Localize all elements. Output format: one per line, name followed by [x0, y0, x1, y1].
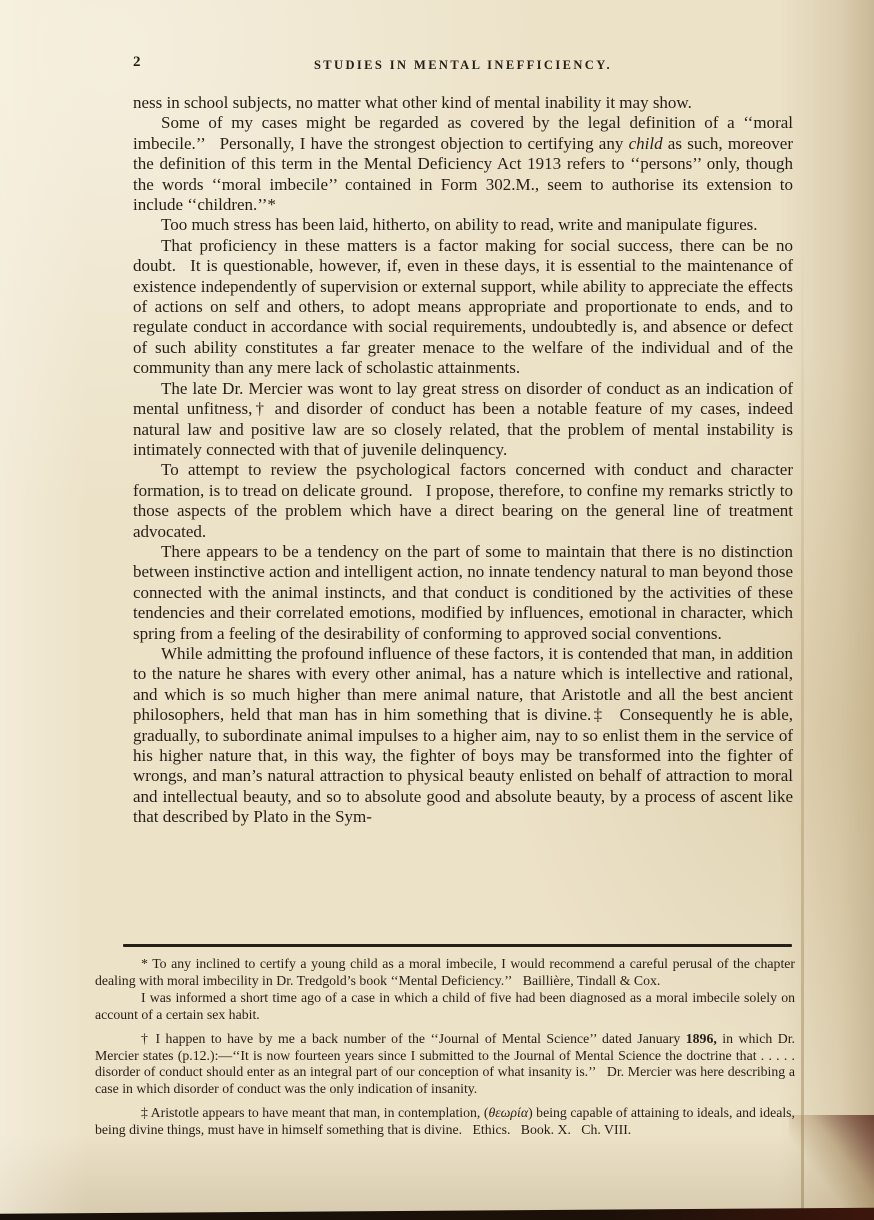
- footnote-4: ‡ Aristotle appears to have meant that m…: [95, 1105, 795, 1139]
- body-paragraph-1: ness in school subjects, no matter what …: [133, 93, 793, 113]
- body-paragraph-8: While admitting the profound influence o…: [133, 644, 793, 828]
- body-paragraph-7: There appears to be a tendency on the pa…: [133, 542, 793, 644]
- page-bottom-edge-shadow: [0, 1205, 874, 1220]
- running-header-title: STUDIES IN MENTAL INEFFICIENCY.: [133, 58, 793, 73]
- page-crease-line: [801, 220, 804, 1220]
- body-text: ness in school subjects, no matter what …: [133, 93, 793, 828]
- scanned-book-page: 2 STUDIES IN MENTAL INEFFICIENCY. ness i…: [0, 0, 874, 1220]
- footnote-separator-rule: [123, 944, 792, 947]
- footnote-1: * To any inclined to certify a young chi…: [95, 956, 795, 990]
- body-paragraph-6: To attempt to review the psychological f…: [133, 460, 793, 542]
- footnote-3: † I happen to have by me a back number o…: [95, 1031, 795, 1099]
- body-paragraph-2: Some of my cases might be regarded as co…: [133, 113, 793, 215]
- footnotes: * To any inclined to certify a young chi…: [95, 956, 795, 1139]
- body-paragraph-5: The late Dr. Mercier was wont to lay gre…: [133, 379, 793, 461]
- footnote-2: I was informed a short time ago of a cas…: [95, 990, 795, 1024]
- body-paragraph-4: That proficiency in these matters is a f…: [133, 236, 793, 379]
- bottom-right-corner-shadow: [789, 1115, 874, 1220]
- body-paragraph-3: Too much stress has been laid, hitherto,…: [133, 215, 793, 235]
